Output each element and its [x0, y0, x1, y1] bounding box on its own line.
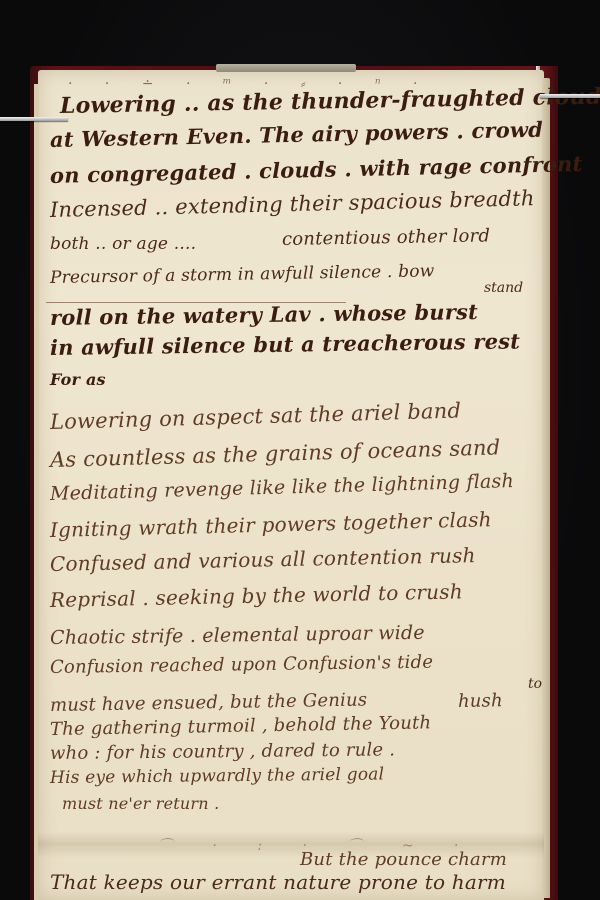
manuscript-line: As countless as the grains of oceans san…: [50, 435, 501, 472]
manuscript-line: Meditating revenge like like the lightni…: [50, 469, 515, 506]
manuscript-line: Confused and various all contention rush: [50, 543, 476, 576]
manuscript-line: Lowering .. as the thunder-fraughted clo…: [60, 85, 600, 118]
mounting-clip-right: [540, 94, 600, 98]
manuscript-line: That keeps our errant nature prone to ha…: [50, 870, 506, 894]
interlinear-insertion: hush: [458, 689, 503, 714]
fold-ink-marks: ⌒ · : · ⌒ ~ ·: [158, 835, 458, 849]
interlinear-insertion: contentious other lord: [282, 224, 491, 252]
manuscript-line: at Western Even. The airy powers . crowd: [50, 118, 544, 152]
manuscript-line: Igniting wrath their powers together cla…: [50, 507, 492, 542]
manuscript-line: both .. or age ....: [50, 232, 196, 256]
interlinear-insertion: to: [528, 676, 542, 692]
manuscript-line: But the pounce charm: [300, 848, 507, 872]
manuscript-line: roll on the watery Lav . whose burst: [50, 300, 478, 330]
manuscript-text: Lowering .. as the thunder-fraughted clo…: [38, 70, 544, 900]
interlinear-insertion: stand: [484, 280, 523, 296]
mounting-clip-left: [0, 117, 68, 121]
manuscript-line: Reprisal . seeking by the world to crush: [50, 579, 463, 612]
manuscript-line: His eye which upwardly the ariel goal: [50, 763, 384, 790]
manuscript-line: who : for his country , dared to rule .: [50, 738, 395, 766]
manuscript-line: Incensed .. extending their spacious bre…: [50, 186, 535, 222]
manuscript-line: Lowering on aspect sat the ariel band: [50, 399, 462, 434]
manuscript-line: For as: [50, 368, 106, 392]
document-viewer: · · ∸ · ᵐ · ⸗ · ⁿ · Lowering .. as the t…: [0, 0, 600, 900]
manuscript-line: must ne'er return .: [62, 792, 219, 816]
manuscript-line: Chaotic strife . elemental uproar wide: [50, 621, 425, 650]
manuscript-line: in awfull silence but a treacherous rest: [50, 329, 520, 360]
notebook-page: · · ∸ · ᵐ · ⸗ · ⁿ · Lowering .. as the t…: [38, 70, 544, 900]
manuscript-line: on congregated . clouds . with rage conf…: [50, 152, 583, 188]
manuscript-line: Confusion reached upon Confusion's tide: [50, 651, 433, 680]
manuscript-line: Precursor of a storm in awfull silence .…: [50, 259, 435, 290]
